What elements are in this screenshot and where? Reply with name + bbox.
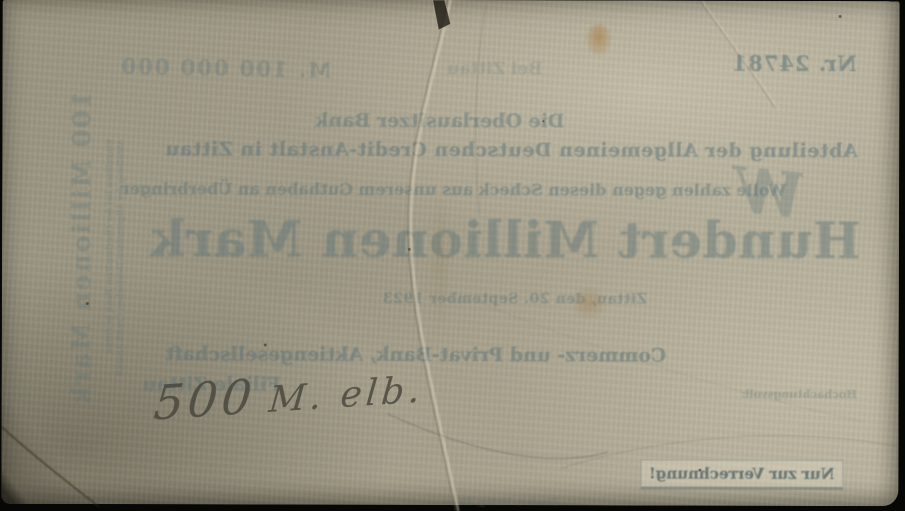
banknote-paper: Nr. 24781 Bei Zittau M. 100 000 000 Die … xyxy=(1,0,899,506)
handwritten-amount-number: 500 xyxy=(151,370,257,432)
order-line-showthrough: Wolle zahlen gegen diesen Scheck aus uns… xyxy=(144,179,786,200)
vertical-small-line1: Einzulösen bei der Oberlausitzer Bank in… xyxy=(104,139,115,354)
date-line-showthrough: Zittau, den 20. September 1923 xyxy=(382,291,646,308)
amount-numeric-showthrough: M. 100 000 000 xyxy=(119,53,331,82)
printer-imprint-showthrough: Druck u. Verlag, Zittau xyxy=(442,498,558,508)
corner-shadow xyxy=(1,404,141,504)
serial-number-showthrough: Nr. 24781 xyxy=(731,51,856,76)
place-showthrough: Bei Zittau xyxy=(447,59,543,79)
vertical-text-large-showthrough: 100 Millionen Mark xyxy=(67,91,97,349)
bank-name-showthrough: Die Oberlausitzer Bank xyxy=(315,110,564,133)
photo-frame: Nr. 24781 Bei Zittau M. 100 000 000 Die … xyxy=(0,0,905,511)
handwritten-amount-suffix: M. elb. xyxy=(267,369,425,421)
amount-words-showthrough: Hundert Millionen Mark xyxy=(144,209,866,270)
closing-showthrough: Hochachtungsvoll: xyxy=(741,388,856,401)
vertical-small-line2: Abteilung der Allgemeinen Deutschen Cred… xyxy=(115,139,126,376)
crossing-stamp-showthrough: Nur zur Verrechnung! xyxy=(640,459,843,490)
